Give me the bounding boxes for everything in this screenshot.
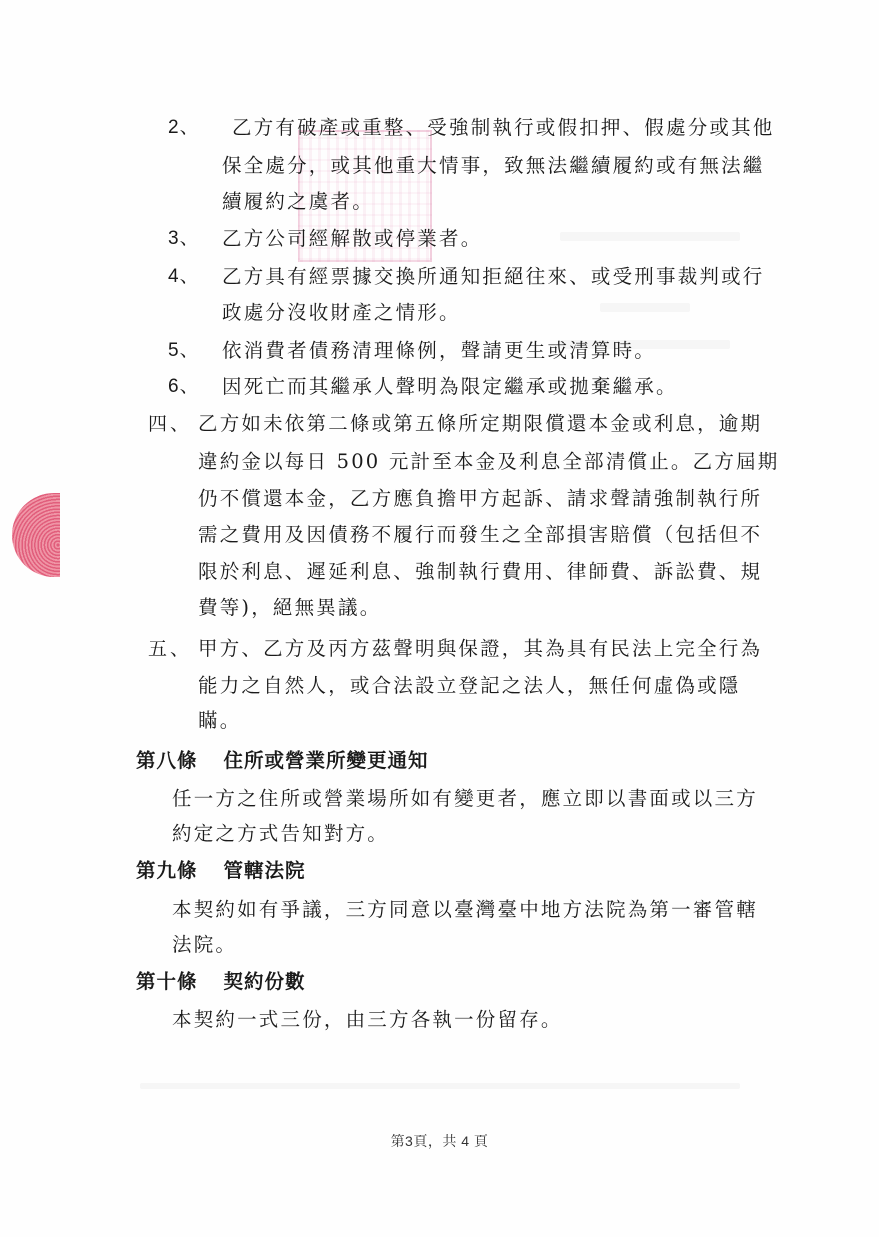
list-number: 2、 (168, 115, 200, 141)
article-label: 第十條 (136, 970, 198, 993)
article-title: 住所或營業所變更通知 (224, 749, 429, 772)
article-heading: 第八條住所或營業所變更通知 (136, 748, 429, 774)
clause-text-line: 限於利息、遲延利息、強制執行費用、律師費、訴訟費、規 (198, 559, 762, 585)
list-number: 6、 (168, 374, 200, 400)
article-text-line: 本契約一式三份，由三方各執一份留存。 (172, 1007, 563, 1033)
article-text-line: 任一方之住所或營業場所如有變更者，應立即以書面或以三方 (172, 786, 758, 812)
article-title: 管轄法院 (224, 859, 306, 882)
clause-text-line: 仍不償還本金，乙方應負擔甲方起訴、請求聲請強制執行所 (198, 486, 762, 512)
list-number: 3、 (168, 226, 200, 252)
list-text-line: 乙方有破產或重整、受強制執行或假扣押、假處分或其他 (232, 115, 775, 141)
list-text-line: 乙方具有經票據交換所通知拒絕往來、或受刑事裁判或行 (222, 264, 765, 290)
list-number: 5、 (168, 338, 200, 364)
article-text-line: 本契約如有爭議，三方同意以臺灣臺中地方法院為第一審管轄 (172, 897, 758, 923)
list-text-line: 續履約之虞者。 (222, 189, 374, 215)
list-text-line: 乙方公司經解散或停業者。 (222, 226, 482, 252)
list-text-line: 政處分沒收財產之情形。 (222, 300, 461, 326)
clause-text-line: 費等)，絕無異議。 (198, 595, 381, 621)
clause-text-line: 違約金以每日 500 元計至本金及利息全部清償止。乙方屆期 (198, 449, 779, 475)
article-text-line: 約定之方式告知對方。 (172, 821, 389, 847)
fingerprint-mark (12, 493, 60, 577)
bleed-through-mark (560, 232, 740, 241)
article-heading: 第九條管轄法院 (136, 858, 306, 884)
bleed-through-mark (140, 1083, 740, 1089)
clause-text-line: 瞞。 (198, 708, 241, 734)
clause-text-line: 能力之自然人，或合法設立登記之法人，無任何虛偽或隱 (198, 673, 741, 699)
clause-number: 五、 (148, 636, 192, 662)
list-text-line: 依消費者債務清理條例，聲請更生或清算時。 (222, 338, 656, 364)
list-text-line: 保全處分，或其他重大情事，致無法繼續履約或有無法繼 (222, 153, 765, 179)
article-label: 第八條 (136, 749, 198, 772)
clause-text-line: 甲方、乙方及丙方茲聲明與保證，其為具有民法上完全行為 (198, 636, 762, 662)
list-text-line: 因死亡而其繼承人聲明為限定繼承或拋棄繼承。 (222, 374, 678, 400)
page-indicator: 第3頁，共 4 頁 (0, 1131, 879, 1151)
article-title: 契約份數 (224, 970, 306, 993)
list-number: 4、 (168, 264, 200, 290)
bleed-through-mark (600, 303, 690, 312)
article-heading: 第十條契約份數 (136, 969, 306, 995)
clause-text-line: 乙方如未依第二條或第五條所定期限償還本金或利息，逾期 (198, 411, 762, 437)
clause-number: 四、 (148, 411, 192, 437)
document-page: 2、 乙方有破產或重整、受強制執行或假扣押、假處分或其他 保全處分，或其他重大情… (0, 0, 879, 1237)
clause-text-line: 需之費用及因債務不履行而發生之全部損害賠償（包括但不 (198, 522, 762, 548)
article-label: 第九條 (136, 859, 198, 882)
article-text-line: 法院。 (172, 932, 237, 958)
